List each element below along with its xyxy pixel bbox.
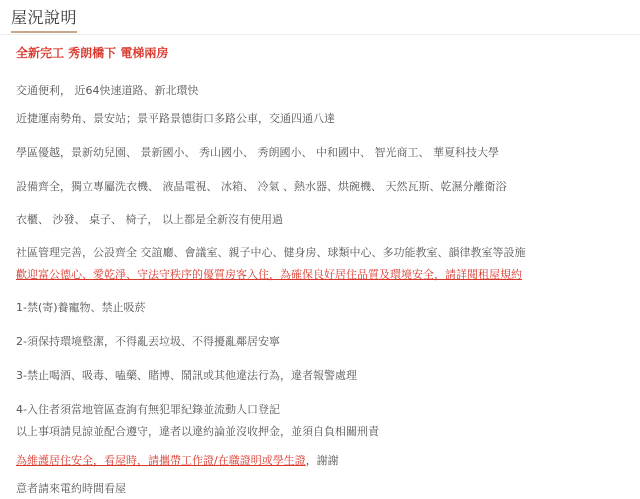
rule-1: 1-禁(寄)養寵物、禁止吸菸 [16,301,146,315]
notice-visit-suffix: ，謝謝 [306,454,339,467]
section-header: 屋況說明 [0,0,640,35]
line-transport: 交通便利， 近64快速道路、新北環快 [16,84,199,98]
notice-rules: 歡迎富公德心、愛乾淨、守法守秩序的優質房客入住，為確保良好居住品質及環境安全，請… [16,268,522,282]
closing-line: 意者請來電約時間看屋 [16,482,126,496]
headline: 全新完工 秀朗橋下 電梯兩房 [16,46,168,60]
notice-visit: 為維護居住安全，看屋時，請攜帶工作證/在職證明或學生證 [16,454,306,467]
line-furniture: 衣櫃、 沙發、 桌子、 椅子， 以上都是全新沒有使用過 [16,213,283,227]
rules-footer: 以上事項請見諒並配合遵守，違者以違約論並沒收押金，並須自負相關刑責 [16,425,379,439]
rule-3: 3-禁止喝酒、吸毒、嗑藥、賭博、鬧訊或其他違法行為，違者報警處理 [16,369,357,383]
rule-4: 4-入住者須當地管區查詢有無犯罪紀錄並流動人口登記 [16,403,280,417]
notice-visit-line: 為維護居住安全，看屋時，請攜帶工作證/在職證明或學生證，謝謝 [16,454,339,468]
line-schools: 學區優越，景新幼兒園、 景新國小、 秀山國小、 秀朗國小、 中和國中、 智光商工… [16,146,499,160]
line-appliances: 設備齊全，獨立專屬洗衣機、 液晶電視、 冰箱、 冷氣 、熱水器、烘碗機、 天然瓦… [16,180,506,194]
line-metro-bus: 近捷運南勢角、景安站；景平路景德街口多路公車，交通四通八達 [16,112,335,126]
section-title: 屋況說明 [11,8,77,33]
line-community: 社區管理完善，公設齊全 交誼廳、會議室、親子中心、健身房、球類中心、多功能教室、… [16,246,526,260]
rule-2: 2-須保持環境整潔，不得亂丟垃圾、不得擾亂鄰居安寧 [16,335,280,349]
